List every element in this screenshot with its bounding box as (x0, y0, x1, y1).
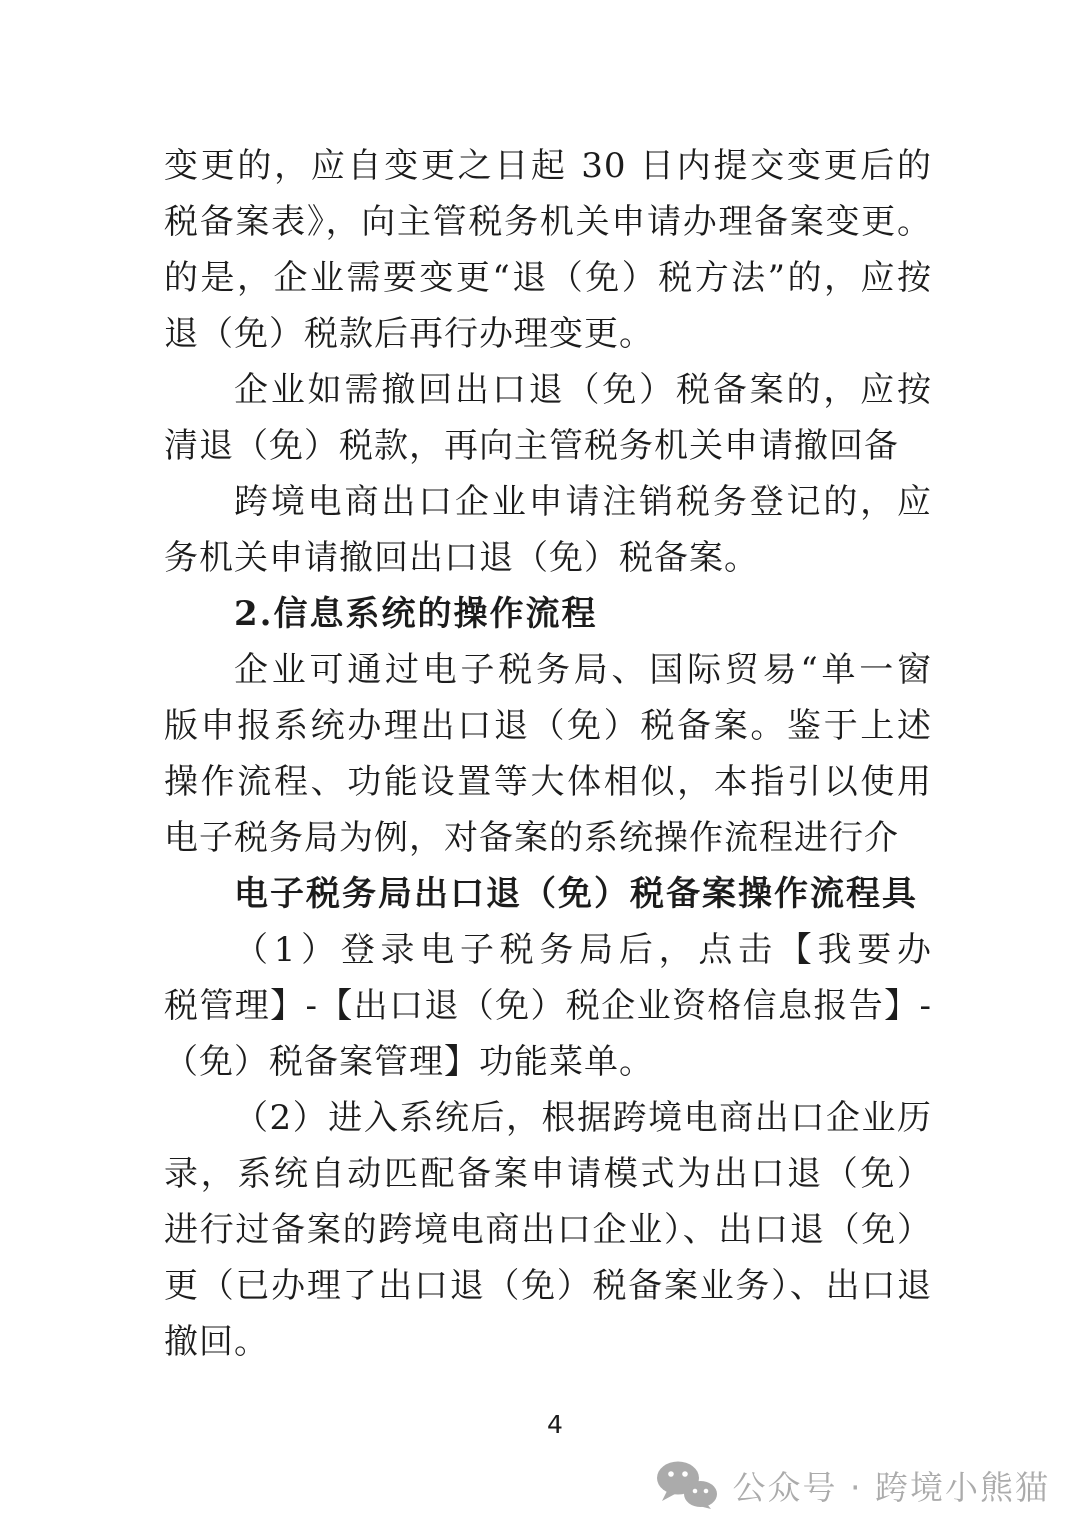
text-line: 跨境电商出口企业申请注销税务登记的，应先向主管税 (164, 474, 932, 530)
text-line: 更（已办理了出口退（免）税备案业务）、出口退（免）税 (164, 1258, 932, 1314)
text-line: 企业可通过电子税务局、国际贸易“单一窗口”和离线 (164, 642, 932, 698)
heading-line: 2.信息系统的操作流程 (164, 586, 932, 642)
footer-brand: 公众号 · 跨境小熊猫 (655, 1461, 1050, 1509)
text-line: 清退（免）税款，再向主管税务机关申请撤回备案。 (164, 418, 932, 474)
text-line: 录，系统自动匹配备案申请模式为出口退（免）税备案（未 (164, 1146, 932, 1202)
text-line: 版申报系统办理出口退（免）税备案。鉴于上述信息系统的 (164, 698, 932, 754)
text-line: 进行过备案的跨境电商出口企业）、出口退（免）税备案变 (164, 1202, 932, 1258)
wechat-icon (655, 1461, 719, 1509)
text-line: 务机关申请撤回出口退（免）税备案。 (164, 530, 932, 586)
document-page: 变更的，应自变更之日起 30 日内提交变更后的《出口退（免）税备案表》，向主管税… (0, 0, 1080, 1527)
text-line: 退（免）税款后再行办理变更。 (164, 306, 932, 362)
text-line: 操作流程、功能设置等大体相似，本指引以使用频率较高的 (164, 754, 932, 810)
text-line: 变更的，应自变更之日起 30 日内提交变更后的《出口退（免） (164, 138, 932, 194)
text-line: 税备案表》，向主管税务机关申请办理备案变更。需要注意 (164, 194, 932, 250)
text-line: 的是，企业需要变更“退（免）税方法”的，应按规定结清 (164, 250, 932, 306)
heading-line: 电子税务局出口退（免）税备案操作流程具体如下： (164, 866, 932, 922)
text-line: 税管理】-【出口退（免）税企业资格信息报告】-【出口退 (164, 978, 932, 1034)
text-line: 电子税务局为例，对备案的系统操作流程进行介绍。 (164, 810, 932, 866)
text-line: （1）登录电子税务局后，点击【我要办税】-【出口退 (164, 922, 932, 978)
text-line: （2）进入系统后，根据跨境电商出口企业历史办税记 (164, 1090, 932, 1146)
document-body: 变更的，应自变更之日起 30 日内提交变更后的《出口退（免）税备案表》，向主管税… (164, 138, 932, 1370)
footer-brand-text: 公众号 · 跨境小熊猫 (733, 1462, 1050, 1509)
text-line: （免）税备案管理】功能菜单。 (164, 1034, 932, 1090)
page-number: 4 (0, 1410, 1080, 1439)
text-line: 企业如需撤回出口退（免）税备案的，应按规定先行结 (164, 362, 932, 418)
text-line: 撤回。 (164, 1314, 932, 1370)
